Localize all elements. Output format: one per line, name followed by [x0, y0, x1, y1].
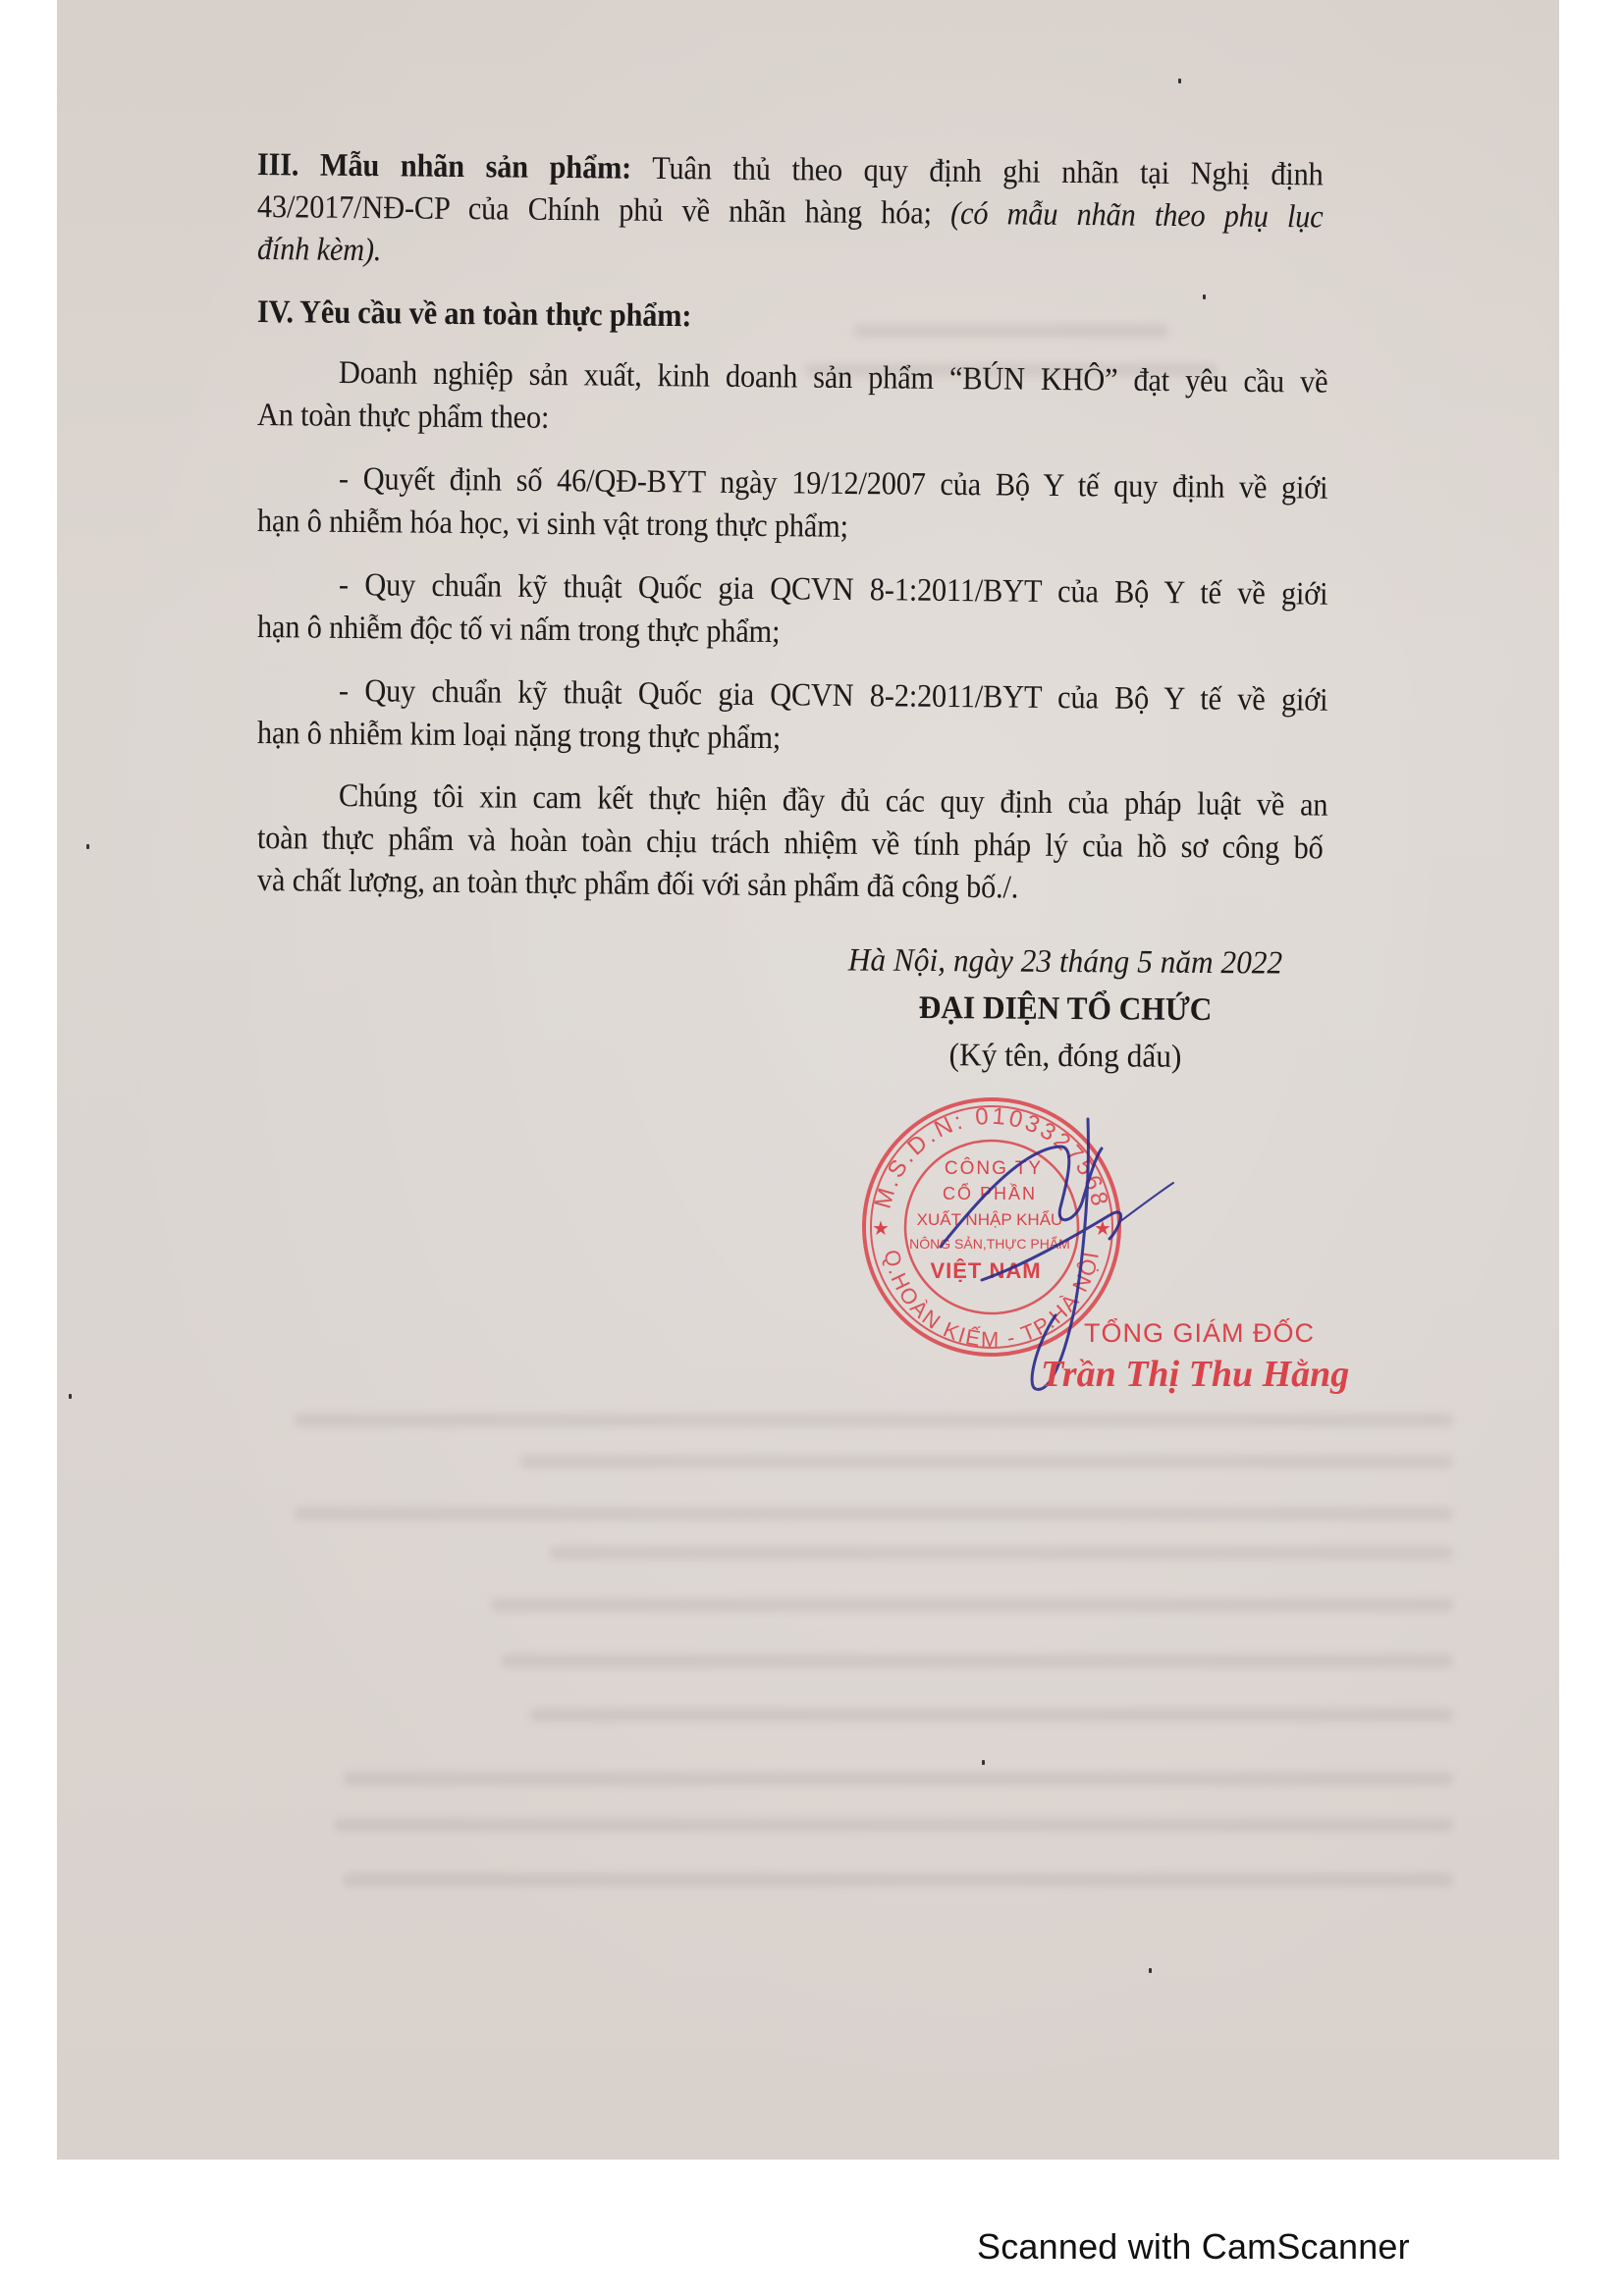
place-date: Hà Nội, ngày 23 tháng 5 năm 2022: [823, 942, 1308, 982]
section3-text-2: 43/2017/NĐ-CP của Chính phủ về nhãn hàng…: [257, 189, 932, 232]
speck: [69, 1394, 72, 1399]
section3-italic-note-end: đính kèm).: [257, 232, 382, 268]
section3-text: Tuân thủ theo quy định ghi nhãn tại Nghị…: [652, 151, 1324, 193]
speck: [1149, 1968, 1152, 1973]
camscanner-watermark: Scanned with CamScanner: [977, 2226, 1410, 2268]
svg-text:XUẤT NHẬP KHẨU: XUẤT NHẬP KHẨU: [917, 1210, 1063, 1229]
signatory-name: Trần Thị Thu Hằng: [1041, 1354, 1349, 1395]
speck: [1203, 294, 1206, 299]
sign-instruction: (Ký tên, đóng dấu): [823, 1037, 1308, 1076]
signatory-title: ĐẠI DIỆN TỔ CHỨC: [823, 989, 1308, 1029]
section3-italic-note: (có mẫu nhãn theo phụ lục: [950, 196, 1324, 236]
speck: [1178, 79, 1181, 83]
company-stamp: M.S.D.N: 0103327568 Q.HOÀN KIẾM - TP.HÀ …: [844, 1080, 1394, 1433]
section3-heading: III. Mẫu nhãn sản phẩm:: [257, 147, 631, 187]
svg-text:CỔ PHẦN: CỔ PHẦN: [943, 1183, 1037, 1203]
svg-text:NÔNG SẢN,THỰC PHẨM: NÔNG SẢN,THỰC PHẨM: [909, 1235, 1070, 1252]
speck: [86, 844, 89, 849]
stamp-star-left-icon: ★: [872, 1218, 890, 1240]
speck: [982, 1760, 985, 1765]
signatory-position: TỔNG GIÁM ĐỐC: [1084, 1316, 1315, 1348]
svg-text:CÔNG TY: CÔNG TY: [945, 1157, 1043, 1179]
section4-heading: IV. Yêu cầu về an toàn thực phẩm:: [257, 294, 692, 334]
